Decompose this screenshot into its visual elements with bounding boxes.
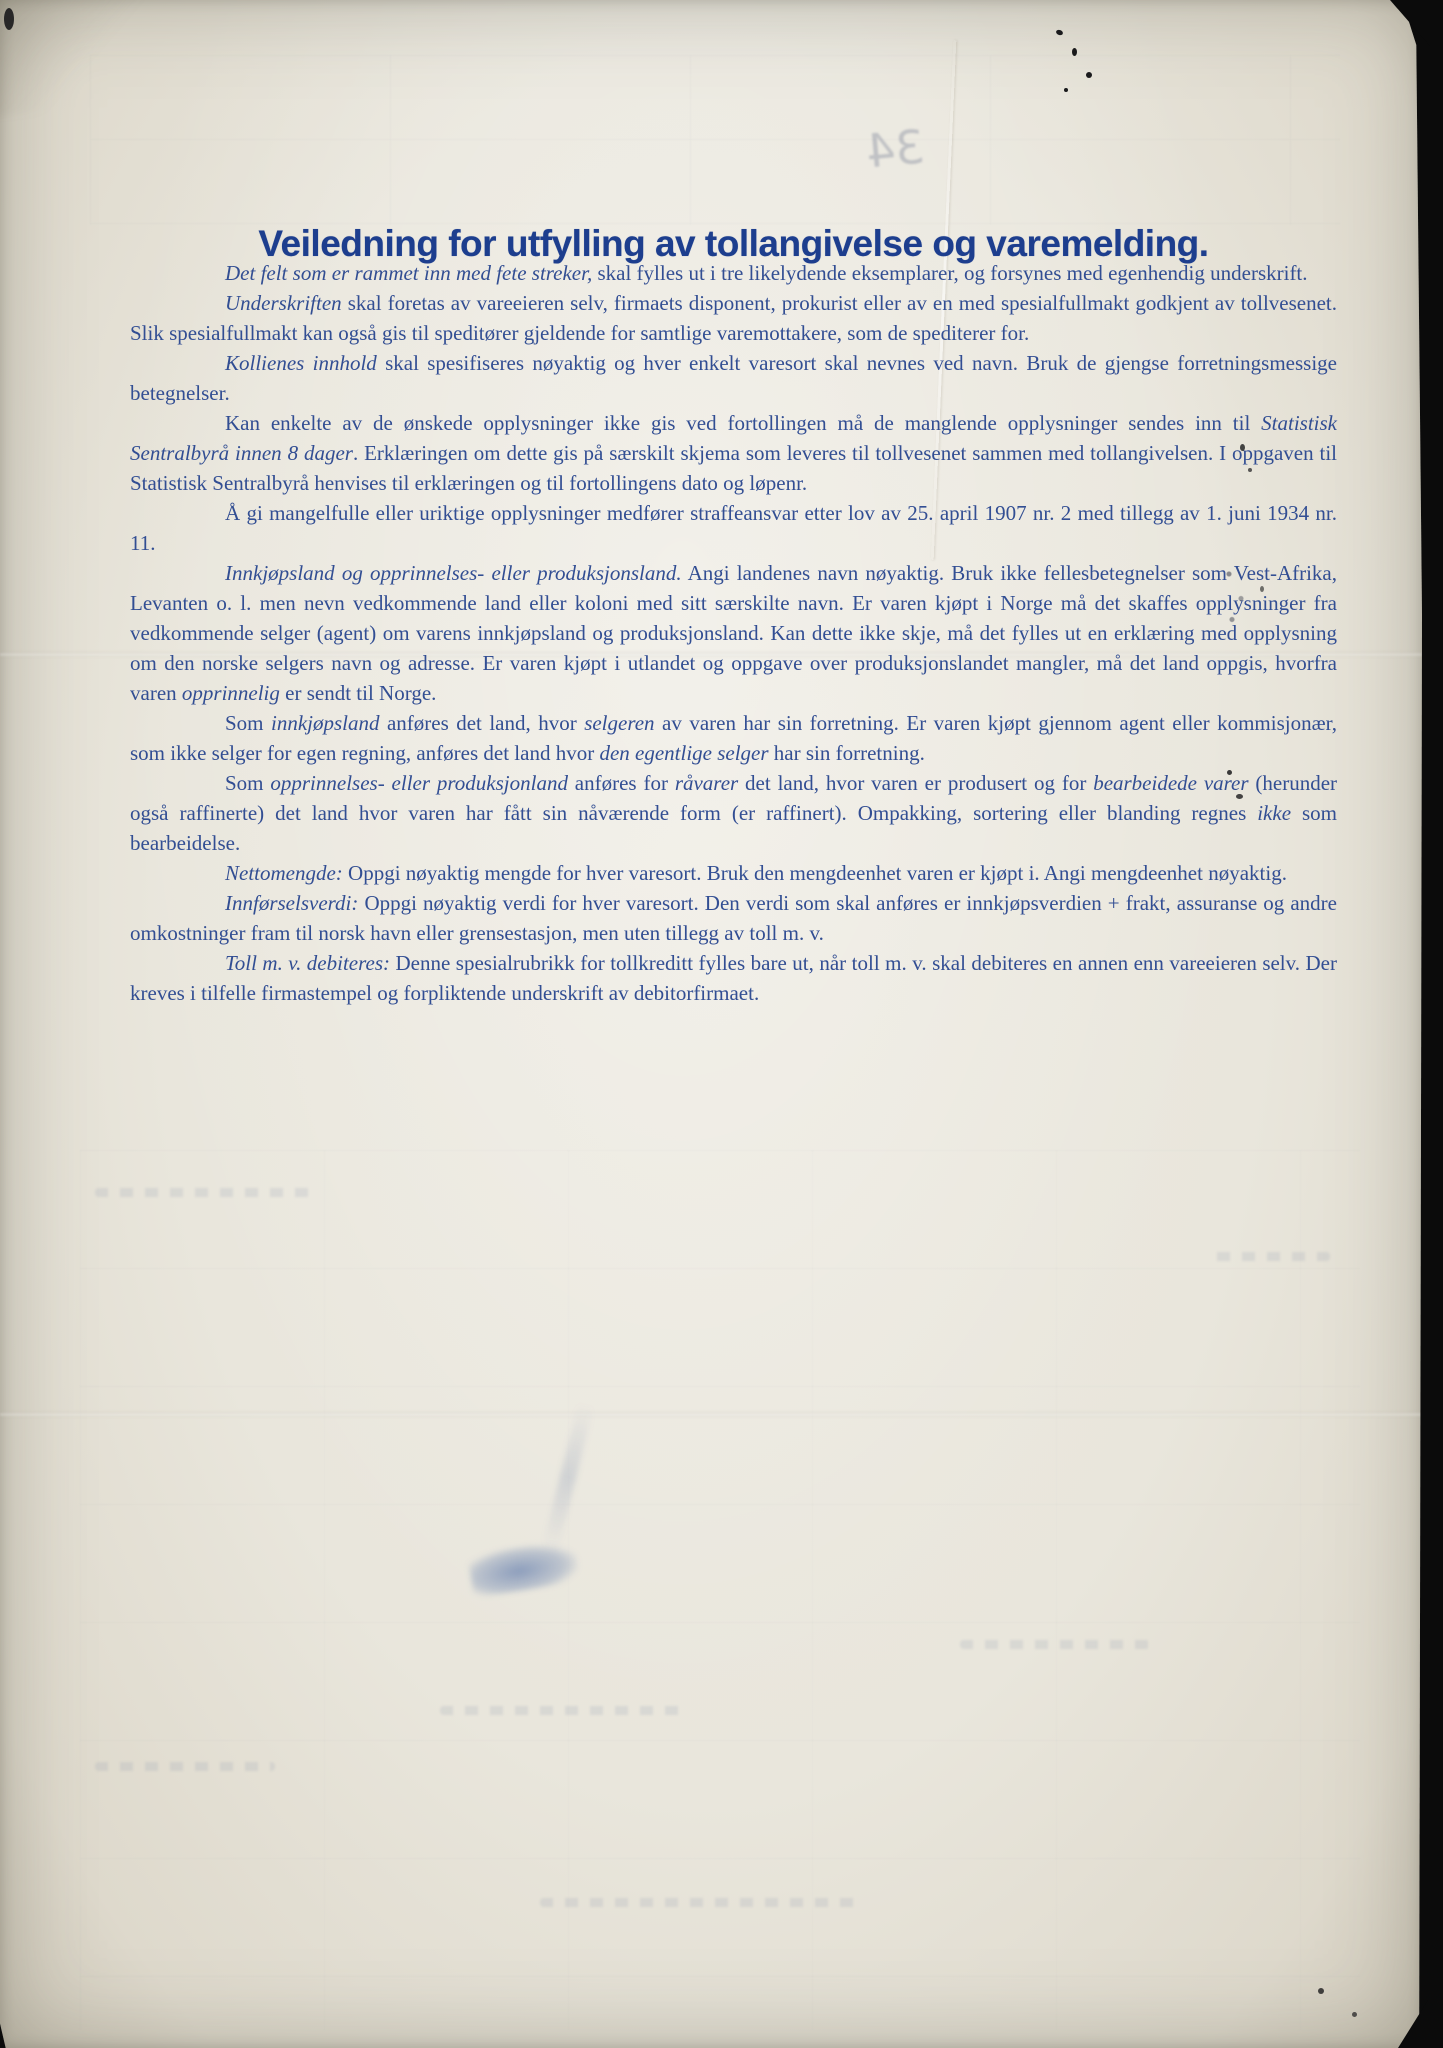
bleedthrough-handwritten-number: 34	[864, 120, 927, 179]
paragraph: Innførselsverdi: Oppgi nøyaktig verdi fo…	[130, 888, 1337, 948]
paragraph: Toll m. v. debiteres: Denne spesialrubri…	[130, 948, 1337, 1008]
ink-speck	[1248, 468, 1252, 472]
paragraph-segment-italic: opprinnelig	[182, 681, 280, 705]
paragraph-segment: har sin forretning.	[769, 741, 925, 765]
paragraph-segment-italic: Det felt som er rammet inn med fete stre…	[225, 261, 592, 285]
paragraph-segment-italic: opprinnelses- eller produksjonland	[270, 771, 568, 795]
paragraph: Å gi mangelfulle eller uriktige opplysni…	[130, 498, 1337, 558]
paragraph-segment-italic: ikke	[1257, 801, 1291, 825]
paragraph-segment-italic: råvarer	[675, 771, 738, 795]
paragraph-segment-italic: Underskriften	[225, 291, 342, 315]
paragraph-segment: det land, hvor varen er produsert og for	[738, 771, 1093, 795]
corner-fold-shadow	[0, 0, 195, 117]
bleedthrough-text-row	[540, 1898, 860, 1907]
paragraph-segment-italic: den egentlige selger	[599, 741, 768, 765]
ink-speck	[1236, 794, 1243, 799]
bleedthrough-text-row	[440, 1706, 690, 1715]
paragraph-segment-italic: Nettomengde:	[225, 861, 343, 885]
paragraph-segment: er sendt til Norge.	[280, 681, 437, 705]
bleedthrough-text-row	[960, 1640, 1150, 1649]
ink-speck	[4, 8, 14, 30]
paragraph-segment-italic: selgeren	[584, 711, 654, 735]
ink-speck	[1240, 444, 1245, 451]
ink-speck	[1072, 48, 1077, 56]
paragraph-segment: Som	[225, 711, 271, 735]
paragraph: Som innkjøpsland anføres det land, hvor …	[130, 708, 1337, 768]
paragraph-segment: anføres for	[568, 771, 675, 795]
paragraph: Kan enkelte av de ønskede opplysninger i…	[130, 408, 1337, 498]
ink-specks	[1220, 560, 1250, 630]
bleedthrough-text-row	[1205, 1252, 1330, 1261]
paragraph: Kollienes innhold skal spesifiseres nøya…	[130, 348, 1337, 408]
paragraph-segment: skal fylles ut i tre likelydende eksempl…	[592, 261, 1307, 285]
body-text: Det felt som er rammet inn med fete stre…	[130, 258, 1337, 1008]
ink-speck	[1055, 29, 1063, 36]
paragraph: Det felt som er rammet inn med fete stre…	[130, 258, 1337, 288]
ink-speck	[1318, 1988, 1324, 1994]
ink-speck	[1086, 72, 1092, 78]
paragraph-segment: Kan enkelte av de ønskede opplysninger i…	[225, 411, 1261, 435]
paragraph: Underskriften skal foretas av vareeieren…	[130, 288, 1337, 348]
paragraph-segment: Å gi mangelfulle eller uriktige opplysni…	[130, 501, 1337, 555]
paragraph: Innkjøpsland og opprinnelses- eller prod…	[130, 558, 1337, 708]
paragraph-segment-italic: Innførselsverdi:	[225, 891, 358, 915]
bleedthrough-grid-top	[90, 55, 1340, 225]
paragraph-segment-italic: bearbeidede varer	[1093, 771, 1248, 795]
paragraph: Nettomengde: Oppgi nøyaktig mengde for h…	[130, 858, 1337, 888]
paragraph-segment-italic: innkjøpsland	[271, 711, 380, 735]
paragraph-segment: Som	[225, 771, 270, 795]
horizontal-fold-line	[0, 1412, 1422, 1417]
paragraph: Som opprinnelses- eller produksjonland a…	[130, 768, 1337, 858]
bleedthrough-text-row	[95, 1762, 275, 1771]
bleedthrough-text-row	[95, 1188, 310, 1197]
paragraph-segment-italic: Innkjøpsland og opprinnelses- eller prod…	[225, 561, 682, 585]
ink-speck	[1352, 2012, 1357, 2017]
paragraph-segment-italic: Toll m. v. debiteres:	[225, 951, 390, 975]
ink-speck	[1260, 586, 1264, 592]
paper-sheet: 34 Veiledning for utfylling av tollangiv…	[0, 0, 1422, 2048]
scanned-page: { "document": { "title": "Veiledning for…	[0, 0, 1443, 2048]
ink-speck	[1227, 770, 1232, 775]
paragraph-segment: anføres det land, hvor	[379, 711, 584, 735]
paragraph-segment: Oppgi nøyaktig mengde for hver varesort.…	[343, 861, 1287, 885]
ink-speck	[1064, 88, 1068, 92]
paragraph-segment-italic: Kollienes innhold	[225, 351, 377, 375]
